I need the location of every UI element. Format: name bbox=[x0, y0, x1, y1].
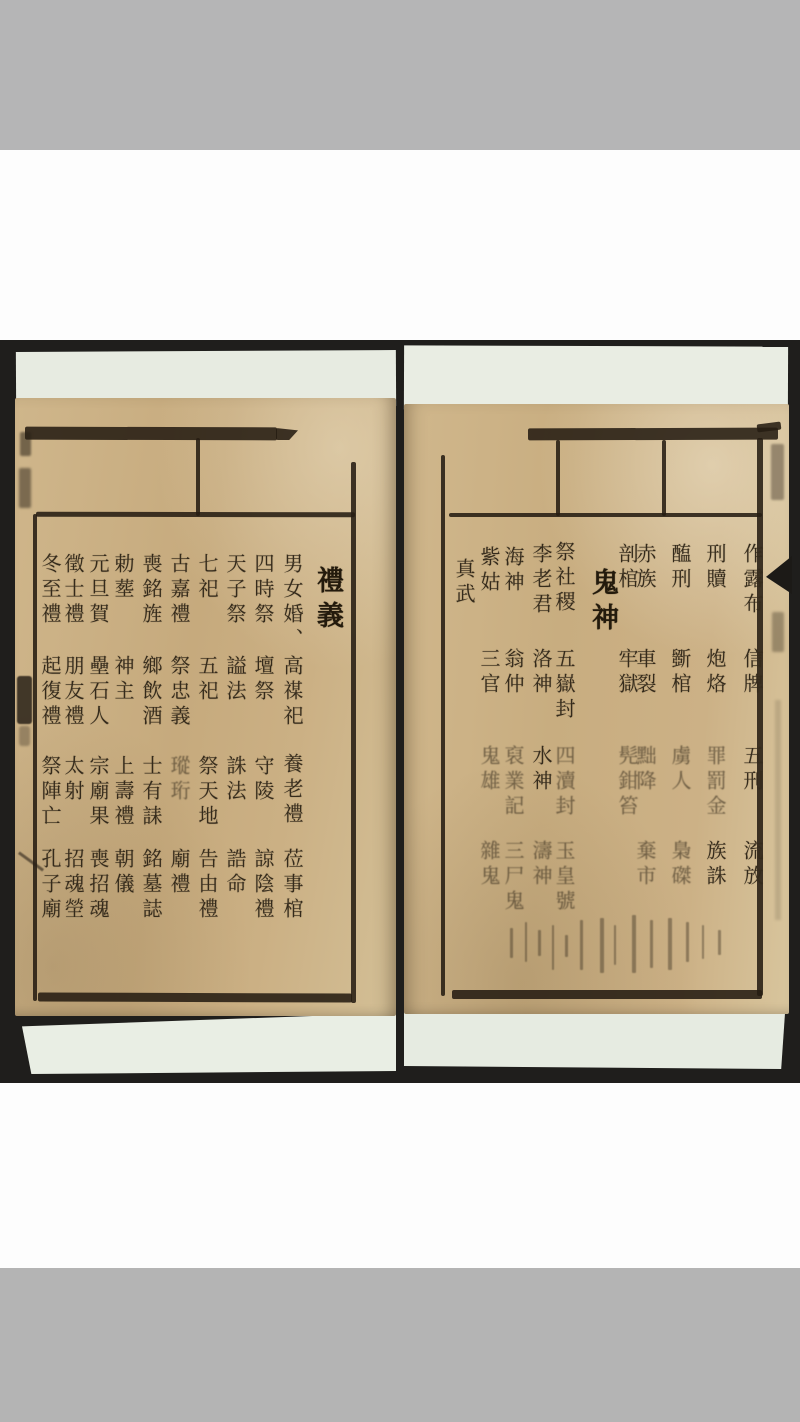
toc-entry: 諒陰禮 bbox=[253, 848, 273, 923]
under-page-edge-top-right bbox=[404, 345, 788, 410]
toc-entry: 朝儀 bbox=[113, 848, 133, 898]
toc-entry: 五刑 bbox=[742, 745, 762, 795]
toc-entry: 牢獄 bbox=[617, 648, 637, 698]
toc-entry: 勅塟 bbox=[113, 553, 133, 603]
toc-entry: 水神 bbox=[531, 745, 551, 795]
toc-entry: 喪銘旌 bbox=[141, 553, 161, 628]
toc-entry: 士有誄 bbox=[141, 755, 161, 830]
toc-entry: 守陵 bbox=[253, 755, 273, 805]
toc-entry: 宗廟果 bbox=[88, 755, 108, 830]
ink-smudge bbox=[775, 700, 781, 920]
toc-entry: 祭社稷 bbox=[554, 541, 574, 616]
toc-entry: 徵士禮 bbox=[63, 553, 83, 628]
toc-entry: 玉皇號 bbox=[554, 840, 574, 915]
toc-entry: 醢刑 bbox=[670, 543, 690, 593]
toc-entry: 起復禮 bbox=[40, 655, 60, 730]
frame-header-tick-left-page bbox=[196, 438, 200, 516]
toc-entry: 虜人 bbox=[670, 745, 690, 795]
toc-entry: 棄市 bbox=[635, 840, 655, 890]
toc-entry: 祭忠義 bbox=[169, 655, 189, 730]
toc-entry: 瑽珩 bbox=[169, 755, 189, 805]
toc-entry: 天子祭 bbox=[225, 553, 245, 628]
frame-left-border-right-page bbox=[441, 455, 445, 996]
toc-entry: 七祀 bbox=[197, 553, 217, 603]
mat-white-top bbox=[0, 150, 800, 340]
toc-entry: 鄉飲酒 bbox=[141, 655, 161, 730]
toc-entry: 莅事棺 bbox=[282, 848, 302, 923]
toc-entry: 三尸鬼 bbox=[503, 840, 523, 915]
scanned-book-photo: 禮義 男女婚、 高禖祀 養老禮 莅事棺 四時祭 壇祭 守陵 諒陰禮 天子祭 謚法… bbox=[0, 0, 800, 1422]
toc-entry: 三官 bbox=[479, 648, 499, 698]
toc-entry: 高禖祀 bbox=[282, 655, 302, 730]
toc-entry: 炮烙 bbox=[705, 648, 725, 698]
ink-smudge bbox=[19, 726, 30, 746]
toc-entry: 孔子廟 bbox=[40, 848, 60, 923]
toc-entry: 古嘉禮 bbox=[169, 553, 189, 628]
toc-entry: 鬼雄 bbox=[479, 745, 499, 795]
toc-entry: 神主 bbox=[113, 655, 133, 705]
toc-entry: 罪罰金 bbox=[705, 745, 725, 820]
right-page bbox=[404, 404, 789, 1014]
frame-top-bar-left-page bbox=[25, 427, 277, 441]
toc-entry: 剖棺 bbox=[617, 543, 637, 593]
toc-entry: 五嶽封 bbox=[554, 648, 574, 723]
toc-entry: 告由禮 bbox=[197, 848, 217, 923]
frame-header-tick-1-right-page bbox=[556, 440, 560, 516]
ink-smudge bbox=[19, 468, 31, 508]
frame-bottom-border-right-page bbox=[452, 990, 762, 999]
mat-gray-top bbox=[0, 0, 800, 150]
toc-entry: 五祀 bbox=[197, 655, 217, 705]
toc-entry: 信牌 bbox=[742, 648, 762, 698]
toc-entry: 誥命 bbox=[225, 848, 245, 898]
section-title-liyi: 禮義 bbox=[314, 566, 341, 636]
toc-entry: 壇祭 bbox=[253, 655, 273, 705]
toc-entry: 壘石人 bbox=[88, 655, 108, 730]
toc-entry: 祭陣亡 bbox=[40, 755, 60, 830]
ink-smudge bbox=[17, 676, 32, 724]
toc-entry: 元旦賀 bbox=[88, 553, 108, 628]
toc-entry: 濤神 bbox=[531, 840, 551, 890]
toc-entry: 髡鉗笞 bbox=[617, 745, 637, 820]
toc-entry: 喪招魂 bbox=[88, 848, 108, 923]
toc-entry: 刑贖 bbox=[705, 543, 725, 593]
toc-entry: 銘墓誌 bbox=[141, 848, 161, 923]
toc-entry: 梟磔 bbox=[670, 840, 690, 890]
toc-entry: 冬至禮 bbox=[40, 553, 60, 628]
ink-smudge bbox=[771, 444, 784, 500]
toc-entry: 洛神 bbox=[531, 648, 551, 698]
frame-bottom-border-left-page bbox=[38, 992, 352, 1002]
mat-white-bottom bbox=[0, 1083, 800, 1268]
toc-entry: 作露布 bbox=[742, 543, 762, 618]
frame-right-border-right-page bbox=[757, 438, 763, 996]
toc-entry: 海神 bbox=[503, 546, 523, 596]
frame-header-tick-2-right-page bbox=[662, 440, 666, 516]
toc-entry: 真武 bbox=[454, 558, 474, 608]
frame-top-bar-right-page bbox=[528, 428, 778, 441]
toc-entry: 李老君 bbox=[531, 543, 551, 618]
toc-entry: 紫姑 bbox=[479, 546, 499, 596]
toc-entry: 四瀆封 bbox=[554, 745, 574, 820]
toc-entry: 上壽禮 bbox=[113, 755, 133, 830]
section-title-guishen: 鬼神 bbox=[589, 568, 616, 638]
toc-entry: 祭天地 bbox=[197, 755, 217, 830]
toc-entry: 裒業記 bbox=[503, 745, 523, 820]
toc-entry: 雜鬼 bbox=[479, 840, 499, 890]
toc-entry: 斵棺 bbox=[670, 648, 690, 698]
toc-entry: 招魂塋 bbox=[63, 848, 83, 923]
toc-entry: 族誅 bbox=[705, 840, 725, 890]
toc-entry: 養老禮 bbox=[282, 753, 302, 828]
frame-header-line-right-page bbox=[449, 513, 762, 517]
toc-entry: 謚法 bbox=[225, 655, 245, 705]
frame-right-border-left-page bbox=[351, 462, 356, 1003]
toc-entry: 流放 bbox=[742, 840, 762, 890]
frame-left-border-left-page bbox=[33, 514, 37, 1001]
toc-entry: 四時祭 bbox=[253, 553, 273, 628]
toc-entry: 廟禮 bbox=[169, 848, 189, 898]
toc-entry: 翁仲 bbox=[503, 648, 523, 698]
mat-gray-bottom bbox=[0, 1268, 800, 1422]
toc-entry: 朋友禮 bbox=[63, 655, 83, 730]
toc-entry: 太射 bbox=[63, 755, 83, 805]
toc-entry: 男女婚、 bbox=[282, 553, 302, 653]
ink-smudge bbox=[772, 612, 784, 652]
under-page-edge-bottom-right bbox=[404, 1009, 785, 1069]
toc-entry: 誅法 bbox=[225, 755, 245, 805]
ink-smudge bbox=[20, 432, 31, 456]
